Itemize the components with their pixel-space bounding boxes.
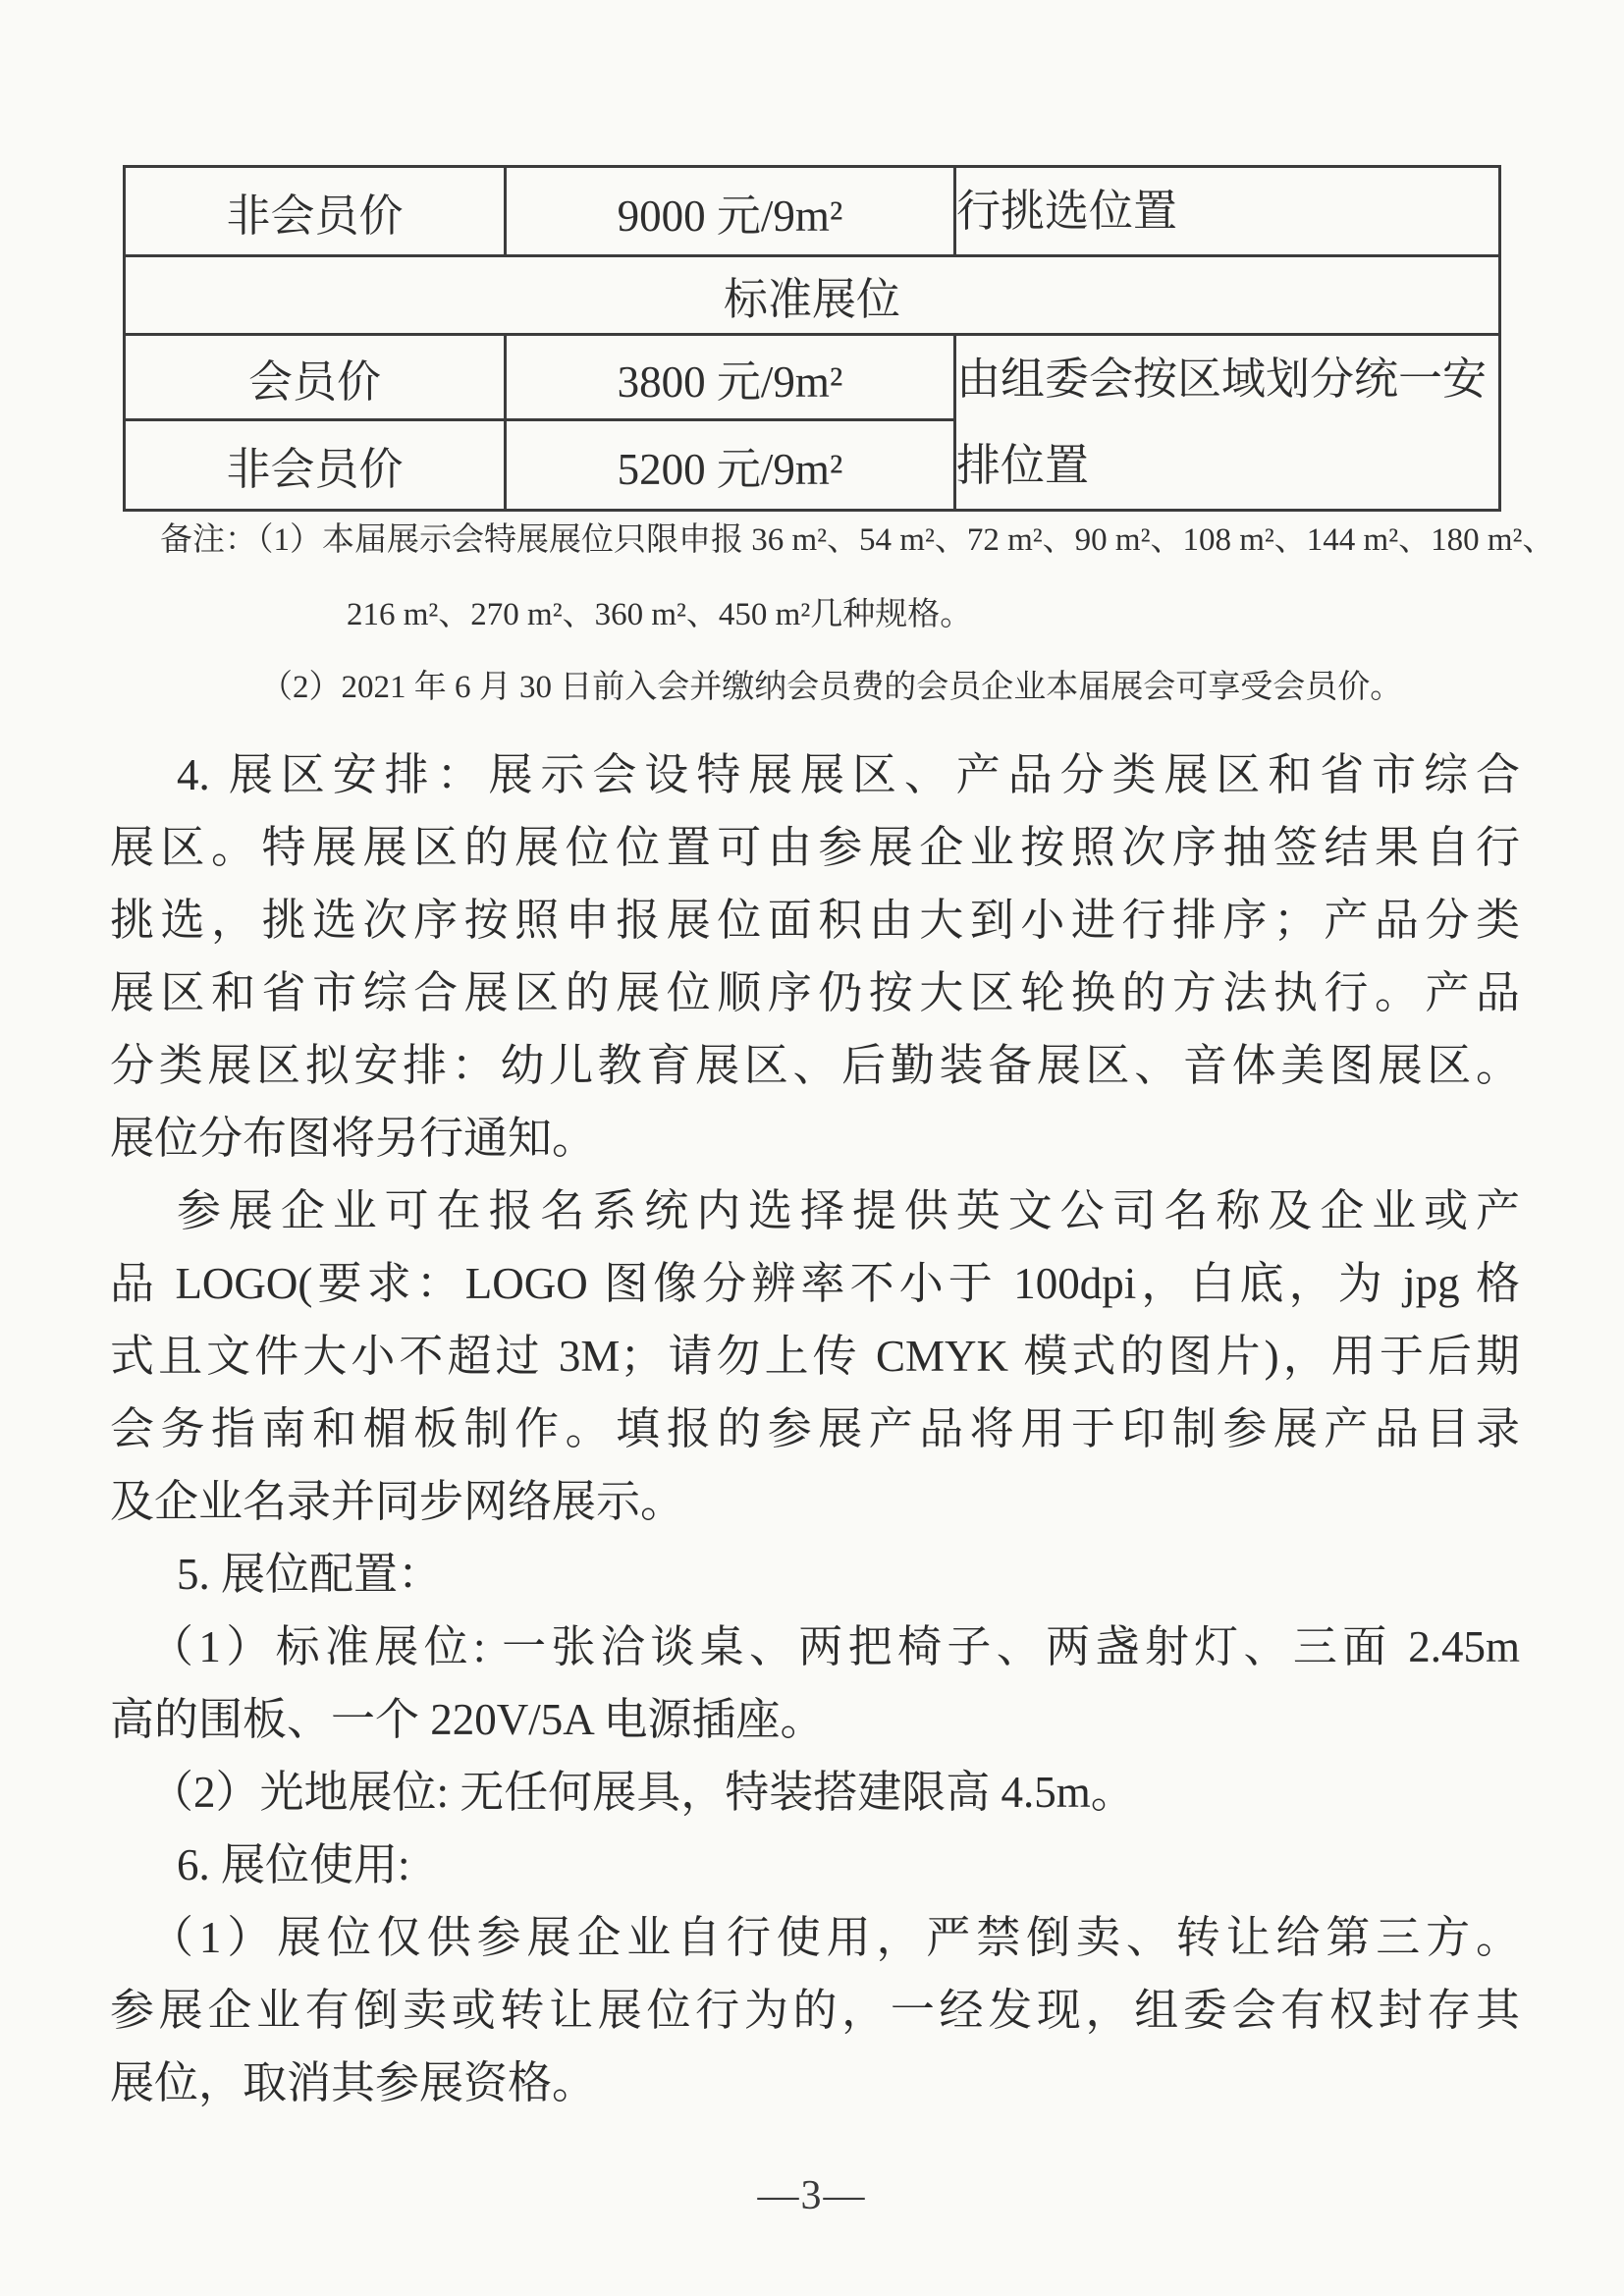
table-row: 会员价 3800 元/9m² 由组委会按区域划分统一安排位置 xyxy=(125,335,1500,420)
price-row-label: 非会员价 xyxy=(125,167,506,256)
body-line: 及企业名录并同步网络展示。 xyxy=(110,1465,1520,1538)
price-merged-note: 由组委会按区域划分统一安排位置 xyxy=(955,335,1500,511)
body-line: 分类展区拟安排：幼儿教育展区、后勤装备展区、音体美图展区。 xyxy=(110,1029,1520,1102)
body-line: 5. 展位配置： xyxy=(110,1538,1520,1611)
body-line: 品 LOGO(要求：LOGO 图像分辨率不小于 100dpi，白底，为 jpg … xyxy=(110,1247,1520,1320)
remark-line: （2）2021 年 6 月 30 日前入会并缴纳会员费的会员企业本届展会可享受会… xyxy=(260,666,1523,709)
table-row: 标准展位 xyxy=(125,256,1500,335)
price-row-label: 会员价 xyxy=(125,335,506,420)
body-line: 式且文件大小不超过 3M；请勿上传 CMYK 模式的图片)，用于后期 xyxy=(110,1320,1520,1393)
body-line: 展位，取消其参展资格。 xyxy=(110,2047,1520,2119)
body-line: 6. 展位使用: xyxy=(110,1829,1520,1901)
price-row-value: 5200 元/9m² xyxy=(506,420,955,511)
table-section-header: 标准展位 xyxy=(125,256,1500,335)
body-line: 参展企业可在报名系统内选择提供英文公司名称及企业或产 xyxy=(110,1175,1520,1247)
document-page: 非会员价 9000 元/9m² 行挑选位置 标准展位 会员价 3800 元/9m… xyxy=(0,0,1624,2296)
booth-price-table: 非会员价 9000 元/9m² 行挑选位置 标准展位 会员价 3800 元/9m… xyxy=(123,165,1501,512)
price-row-value: 9000 元/9m² xyxy=(506,167,955,256)
price-row-value: 3800 元/9m² xyxy=(506,335,955,420)
body-line: （1）标准展位: 一张洽谈桌、两把椅子、两盏射灯、三面 2.45m xyxy=(110,1611,1520,1683)
table-row: 非会员价 9000 元/9m² 行挑选位置 xyxy=(125,167,1500,256)
body-line: 高的围板、一个 220V/5A 电源插座。 xyxy=(110,1683,1520,1756)
table-remarks: 备注：（1）本届展示会特展展位只限申报 36 m²、54 m²、72 m²、90… xyxy=(113,519,1523,709)
page-number: —3— xyxy=(0,2172,1624,2219)
body-line: 会务指南和楣板制作。填报的参展产品将用于印制参展产品目录 xyxy=(110,1393,1520,1465)
price-row-label: 非会员价 xyxy=(125,420,506,511)
body-line: 展区。特展展区的展位位置可由参展企业按照次序抽签结果自行 xyxy=(110,811,1520,884)
body-line: 挑选，挑选次序按照申报展位面积由大到小进行排序；产品分类 xyxy=(110,884,1520,957)
body-line: 展区和省市综合展区的展位顺序仍按大区轮换的方法执行。产品 xyxy=(110,957,1520,1029)
body-line: 4. 展区安排：展示会设特展展区、产品分类展区和省市综合 xyxy=(110,738,1520,811)
body-line: 参展企业有倒卖或转让展位行为的，一经发现，组委会有权封存其 xyxy=(110,1974,1520,2047)
remark-line: 216 m²、270 m²、360 m²、450 m²几种规格。 xyxy=(347,593,1523,636)
remark-line: 备注：（1）本届展示会特展展位只限申报 36 m²、54 m²、72 m²、90… xyxy=(160,519,1523,562)
body-text: 4. 展区安排：展示会设特展展区、产品分类展区和省市综合 展区。特展展区的展位位… xyxy=(110,738,1520,2119)
body-line: （2）光地展位: 无任何展具，特装搭建限高 4.5m。 xyxy=(110,1756,1520,1829)
price-row-note: 行挑选位置 xyxy=(955,167,1500,256)
body-line: （1）展位仅供参展企业自行使用，严禁倒卖、转让给第三方。 xyxy=(110,1901,1520,1974)
body-line: 展位分布图将另行通知。 xyxy=(110,1102,1520,1175)
